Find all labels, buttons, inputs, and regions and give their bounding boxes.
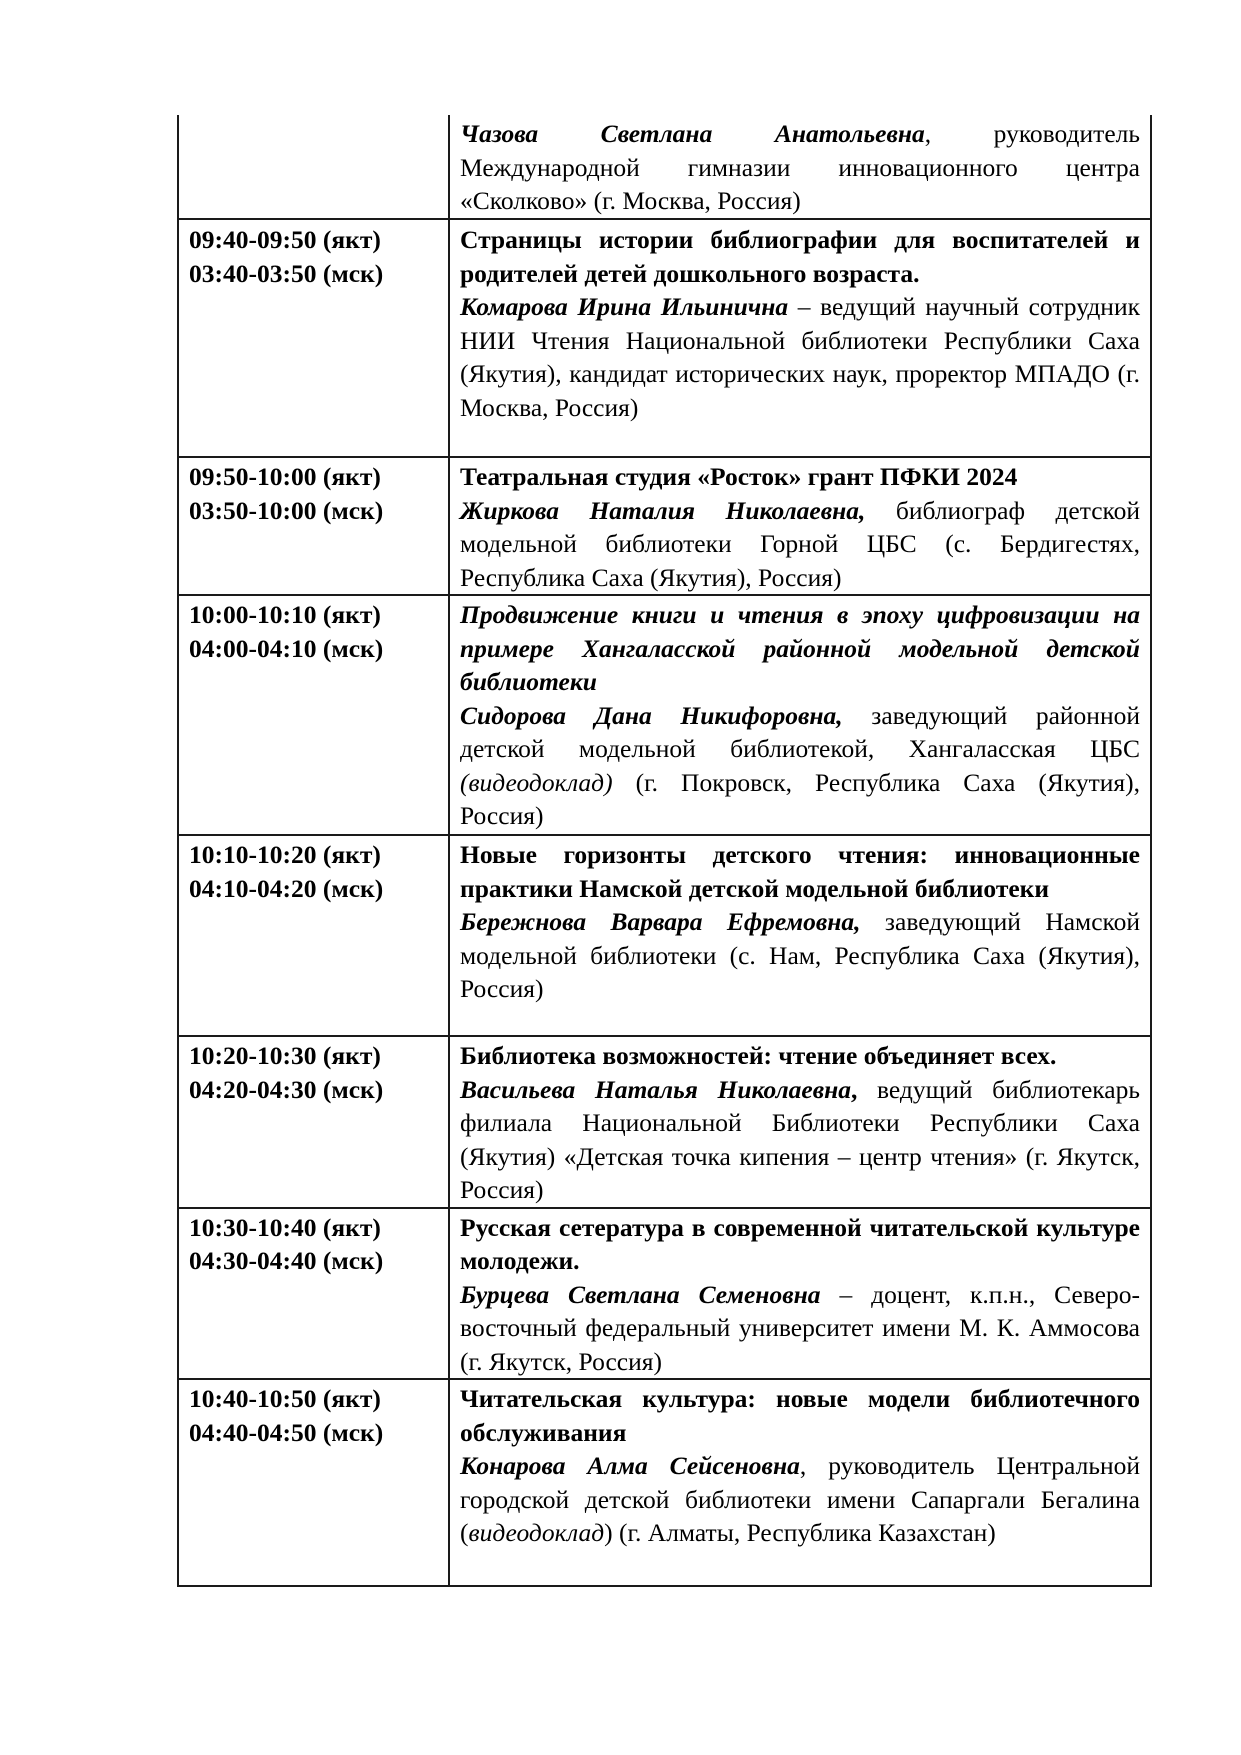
talk-cell: Библиотека возможностей: чтение объединя… <box>449 1036 1151 1208</box>
speaker-name: Конарова Алма Сейсеновна <box>460 1451 800 1480</box>
speaker-info: Конарова Алма Сейсеновна, руководитель Ц… <box>460 1449 1140 1550</box>
speaker-location: ) (г. Алматы, Республика Казахстан) <box>604 1518 996 1547</box>
time-moscow: 04:00-04:10 (мск) <box>189 632 438 666</box>
speaker-info: Сидорова Дана Никифоровна, заведующий ра… <box>460 699 1140 833</box>
talk-title: Продвижение книги и чтения в эпоху цифро… <box>460 598 1140 699</box>
video-report-note: видеодоклад <box>469 1518 605 1547</box>
speaker-info: Васильева Наталья Николаевна, ведущий би… <box>460 1073 1140 1207</box>
speaker-info: Комарова Ирина Ильинична – ведущий научн… <box>460 290 1140 424</box>
time-moscow: 04:10-04:20 (мск) <box>189 872 438 906</box>
time-cell: 09:40-09:50 (якт) 03:40-03:50 (мск) <box>178 219 449 457</box>
time-cell: 10:00-10:10 (якт) 04:00-04:10 (мск) <box>178 595 449 835</box>
document-page: Чазова Светлана Анатольевна, руководител… <box>0 0 1241 1755</box>
time-yakutsk: 10:20-10:30 (якт) <box>189 1039 438 1073</box>
speaker-name: Жиркова Наталия Николаевна, <box>460 496 865 525</box>
talk-cell: Читательская культура: новые модели библ… <box>449 1379 1151 1586</box>
video-report-note: (видеодоклад) <box>460 768 613 797</box>
schedule-row: 10:40-10:50 (якт) 04:40-04:50 (мск) Чита… <box>178 1379 1151 1586</box>
speaker-info: Чазова Светлана Анатольевна, руководител… <box>460 117 1140 218</box>
time-cell: 10:10-10:20 (якт) 04:10-04:20 (мск) <box>178 835 449 1036</box>
schedule-row: Чазова Светлана Анатольевна, руководител… <box>178 115 1151 219</box>
time-moscow: 04:30-04:40 (мск) <box>189 1244 438 1278</box>
talk-title: Библиотека возможностей: чтение объединя… <box>460 1039 1140 1073</box>
schedule-row: 10:00-10:10 (якт) 04:00-04:10 (мск) Прод… <box>178 595 1151 835</box>
talk-title: Страницы истории библиографии для воспит… <box>460 223 1140 290</box>
time-cell: 10:20-10:30 (якт) 04:20-04:30 (мск) <box>178 1036 449 1208</box>
speaker-name: Сидорова Дана Никифоровна, <box>460 701 843 730</box>
time-yakutsk: 10:40-10:50 (якт) <box>189 1382 438 1416</box>
speaker-name: Васильева Наталья Николаевна <box>460 1075 851 1104</box>
talk-cell: Чазова Светлана Анатольевна, руководител… <box>449 115 1151 219</box>
speaker-name: Комарова Ирина Ильинична <box>460 292 788 321</box>
talk-title: Русская сетература в современной читател… <box>460 1211 1140 1278</box>
schedule-row: 10:30-10:40 (якт) 04:30-04:40 (мск) Русс… <box>178 1208 1151 1380</box>
time-yakutsk: 10:00-10:10 (якт) <box>189 598 438 632</box>
time-cell: 10:30-10:40 (якт) 04:30-04:40 (мск) <box>178 1208 449 1380</box>
time-moscow: 03:40-03:50 (мск) <box>189 257 438 291</box>
speaker-name: Бурцева Светлана Семеновна <box>460 1280 821 1309</box>
schedule-row: 10:10-10:20 (якт) 04:10-04:20 (мск) Новы… <box>178 835 1151 1036</box>
time-yakutsk: 10:10-10:20 (якт) <box>189 838 438 872</box>
time-yakutsk: 10:30-10:40 (якт) <box>189 1211 438 1245</box>
time-cell: 09:50-10:00 (якт) 03:50-10:00 (мск) <box>178 457 449 595</box>
time-cell: 10:40-10:50 (якт) 04:40-04:50 (мск) <box>178 1379 449 1586</box>
program-schedule-table: Чазова Светлана Анатольевна, руководител… <box>177 115 1152 1587</box>
speaker-name: Бережнова Варвара Ефремовна, <box>460 907 861 936</box>
talk-cell: Новые горизонты детского чтения: инновац… <box>449 835 1151 1036</box>
time-yakutsk: 09:40-09:50 (якт) <box>189 223 438 257</box>
schedule-body: Чазова Светлана Анатольевна, руководител… <box>178 115 1151 1586</box>
talk-cell: Русская сетература в современной читател… <box>449 1208 1151 1380</box>
time-moscow: 03:50-10:00 (мск) <box>189 494 438 528</box>
schedule-row: 10:20-10:30 (якт) 04:20-04:30 (мск) Библ… <box>178 1036 1151 1208</box>
talk-title: Театральная студия «Росток» грант ПФКИ 2… <box>460 460 1140 494</box>
speaker-name: Чазова Светлана Анатольевна <box>460 119 925 148</box>
speaker-info: Бережнова Варвара Ефремовна, заведующий … <box>460 905 1140 1006</box>
time-moscow: 04:20-04:30 (мск) <box>189 1073 438 1107</box>
time-moscow: 04:40-04:50 (мск) <box>189 1416 438 1450</box>
time-cell <box>178 115 449 219</box>
schedule-row: 09:50-10:00 (якт) 03:50-10:00 (мск) Теат… <box>178 457 1151 595</box>
talk-cell: Страницы истории библиографии для воспит… <box>449 219 1151 457</box>
speaker-info: Бурцева Светлана Семеновна – доцент, к.п… <box>460 1278 1140 1379</box>
schedule-row: 09:40-09:50 (якт) 03:40-03:50 (мск) Стра… <box>178 219 1151 457</box>
talk-title: Читательская культура: новые модели библ… <box>460 1382 1140 1449</box>
talk-cell: Продвижение книги и чтения в эпоху цифро… <box>449 595 1151 835</box>
speaker-info: Жиркова Наталия Николаевна, библиограф д… <box>460 494 1140 595</box>
talk-cell: Театральная студия «Росток» грант ПФКИ 2… <box>449 457 1151 595</box>
time-yakutsk: 09:50-10:00 (якт) <box>189 460 438 494</box>
talk-title: Новые горизонты детского чтения: инновац… <box>460 838 1140 905</box>
